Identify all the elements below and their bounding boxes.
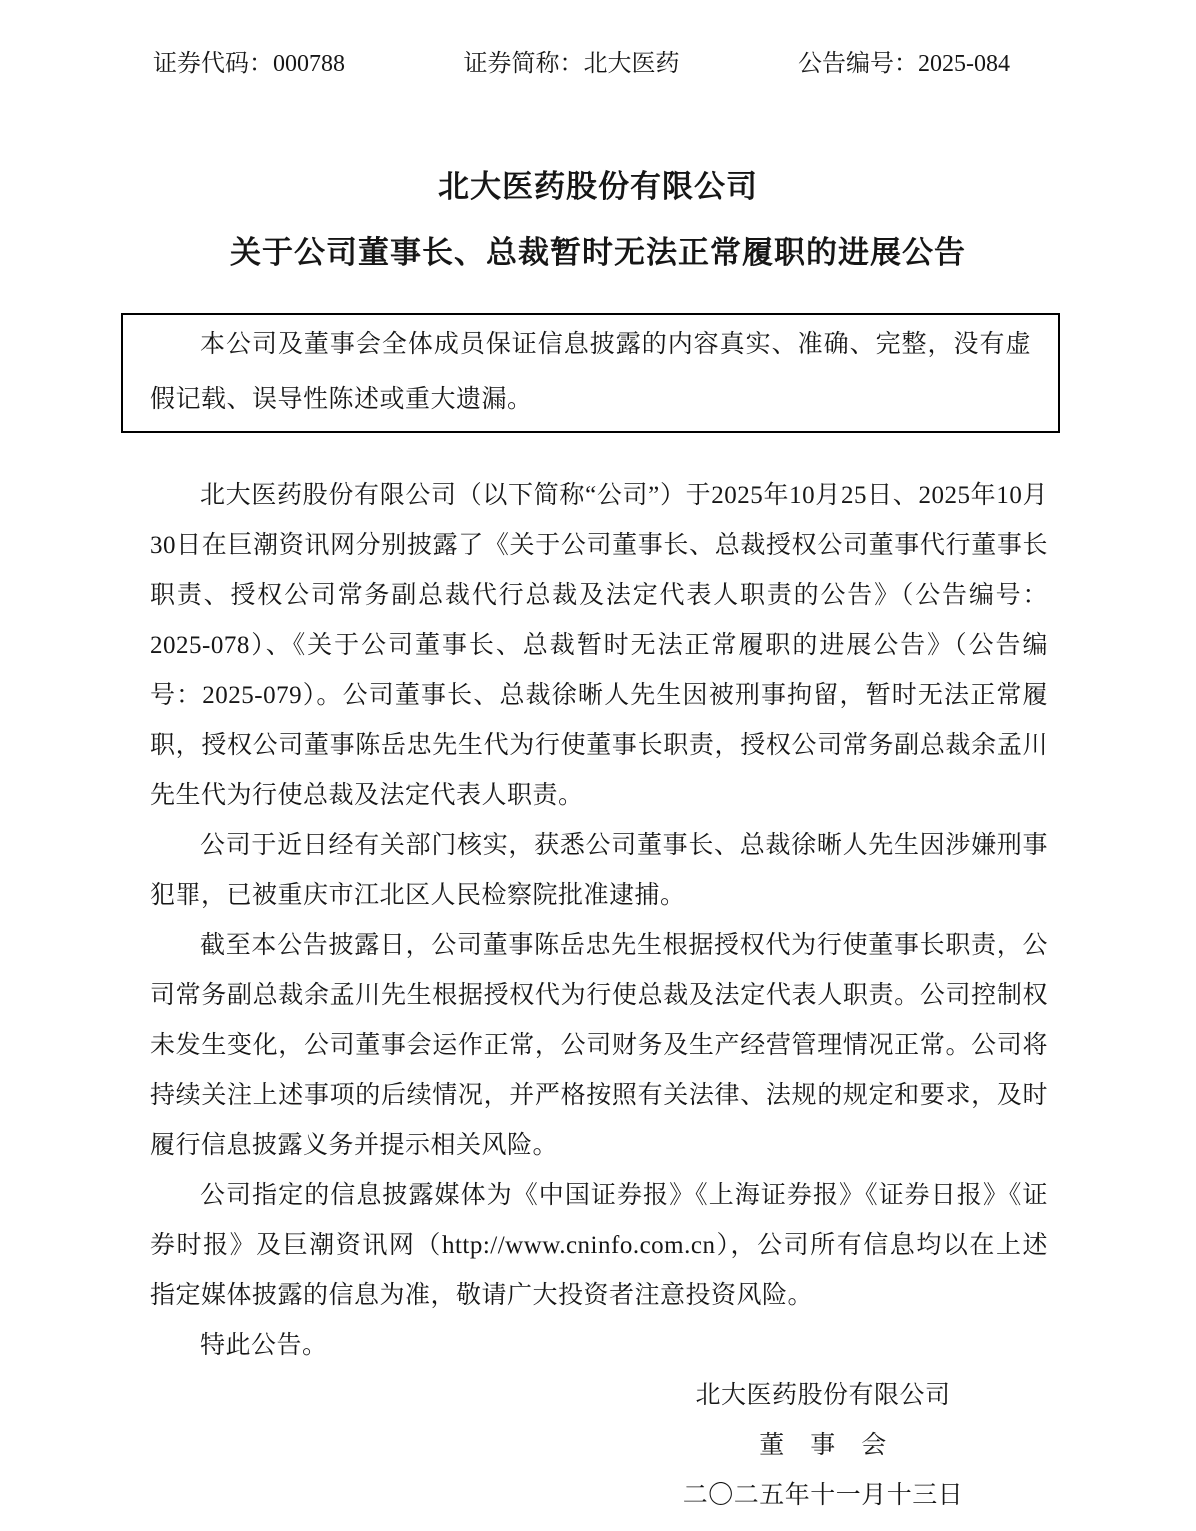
signature-block: 北大医药股份有限公司 董 事 会 二〇二五年十一月十三日 <box>678 1371 968 1521</box>
document-body: 北大医药股份有限公司（以下简称“公司”）于2025年10月25日、2025年10… <box>150 471 1048 1371</box>
stock-abbreviation: 证券简称：北大医药 <box>464 50 680 78</box>
signature-board: 董 事 会 <box>678 1421 968 1471</box>
company-name-title: 北大医药股份有限公司 <box>0 168 1196 205</box>
body-paragraph-1: 北大医药股份有限公司（以下简称“公司”）于2025年10月25日、2025年10… <box>150 471 1048 821</box>
body-paragraph-3: 截至本公告披露日，公司董事陈岳忠先生根据授权代为行使董事长职责，公司常务副总裁余… <box>150 921 1048 1171</box>
body-paragraph-2: 公司于近日经有关部门核实，获悉公司董事长、总裁徐晰人先生因涉嫌刑事犯罪，已被重庆… <box>150 821 1048 921</box>
body-paragraph-4: 公司指定的信息披露媒体为《中国证券报》《上海证券报》《证券日报》《证券时报》及巨… <box>150 1171 1048 1321</box>
announcement-title: 关于公司董事长、总裁暂时无法正常履职的进展公告 <box>0 234 1196 271</box>
announcement-number: 公告编号：2025-084 <box>798 50 1010 78</box>
disclaimer-text: 本公司及董事会全体成员保证信息披露的内容真实、准确、完整，没有虚假记载、误导性陈… <box>150 317 1031 427</box>
signature-date: 二〇二五年十一月十三日 <box>678 1471 968 1521</box>
disclaimer-box: 本公司及董事会全体成员保证信息披露的内容真实、准确、完整，没有虚假记载、误导性陈… <box>121 313 1060 433</box>
closing-statement: 特此公告。 <box>150 1321 1048 1371</box>
document-meta-header: 证券代码：000788 证券简称：北大医药 公告编号：2025-084 <box>0 0 1196 78</box>
signature-company: 北大医药股份有限公司 <box>678 1371 968 1421</box>
stock-code: 证券代码：000788 <box>153 50 345 78</box>
announcement-document: 证券代码：000788 证券简称：北大医药 公告编号：2025-084 北大医药… <box>0 0 1196 1531</box>
